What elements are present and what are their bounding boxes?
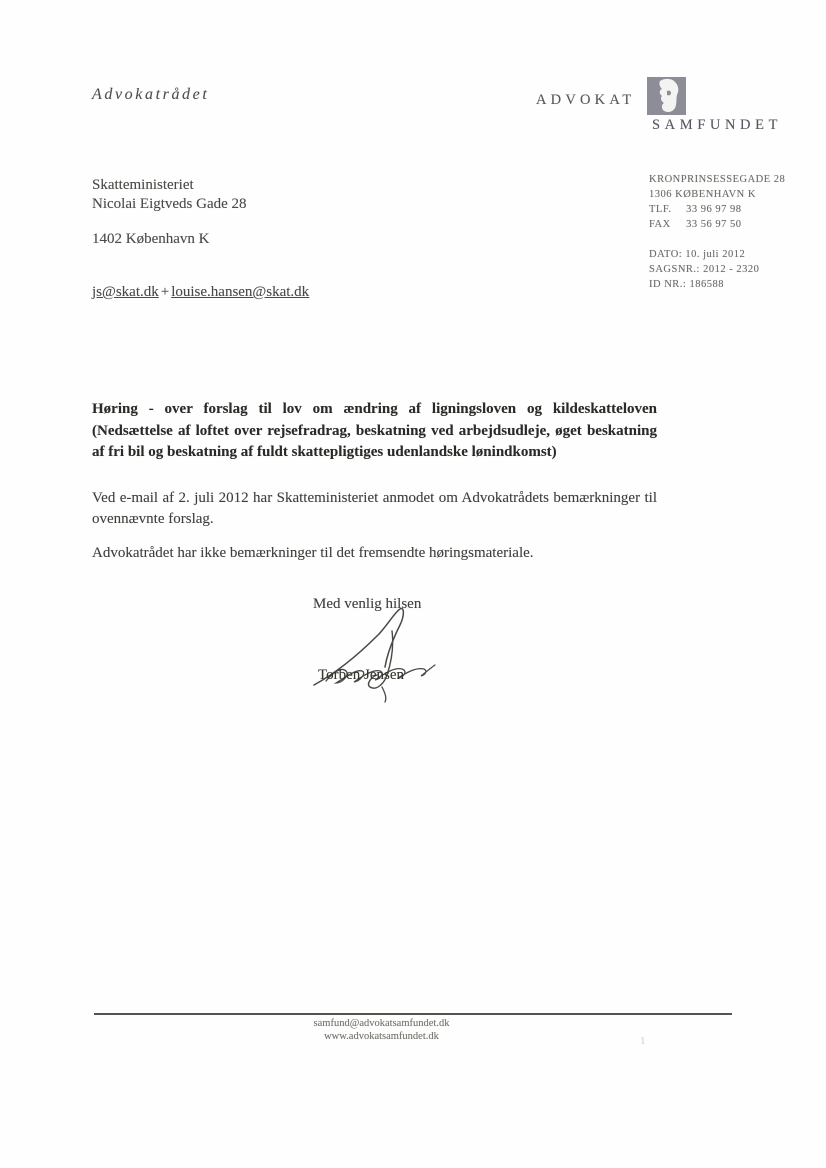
fax-value: 33 56 97 50 — [686, 219, 741, 230]
footer-email-link[interactable]: samfund@advokatsamfundet.dk — [314, 1018, 450, 1029]
email-separator: + — [159, 284, 171, 300]
body-paragraph-1: Ved e-mail af 2. juli 2012 har Skattemin… — [92, 488, 657, 530]
id-number: ID NR.: 186588 — [649, 277, 785, 292]
sender-phone: TLF. 33 96 97 98 — [649, 202, 785, 217]
subject-heading: Høring - over forslag til lov om ændring… — [92, 399, 657, 464]
logo-text-advokat: ADVOKAT — [536, 92, 635, 109]
recipient-name: Skatteministeriet — [92, 176, 247, 195]
letter-date: DATO: 10. juli 2012 — [649, 247, 785, 262]
logo-text-samfundet: SAMFUNDET — [652, 117, 782, 134]
advokatsamfundet-crest-icon — [647, 77, 686, 115]
email-link-js[interactable]: js@skat.dk — [92, 284, 159, 300]
signer-name: Torben Jensen — [318, 667, 404, 684]
sender-info-block: KRONPRINSESSEGADE 28 1306 KØBENHAVN K TL… — [649, 172, 785, 292]
footer-website-link[interactable]: www.advokatsamfundet.dk — [324, 1031, 439, 1042]
footer-contact-block: samfund@advokatsamfundet.dk www.advokats… — [94, 1017, 669, 1043]
sender-city: 1306 KØBENHAVN K — [649, 187, 785, 202]
recipient-address-block: Skatteministeriet Nicolai Eigtveds Gade … — [92, 176, 247, 249]
phone-label: TLF. — [649, 202, 683, 217]
body-paragraph-2: Advokatrådet har ikke bemærkninger til d… — [92, 543, 712, 564]
sender-street: KRONPRINSESSEGADE 28 — [649, 172, 785, 187]
scanned-letter-page: Advokatrådet ADVOKAT SAMFUNDET Skattemin… — [0, 0, 826, 1168]
fax-label: FAX — [649, 217, 683, 232]
case-number: SAGSNR.: 2012 - 2320 — [649, 262, 785, 277]
handwritten-signature — [296, 603, 451, 708]
page-number: 1 — [640, 1035, 646, 1047]
recipient-email-line: js@skat.dk+louise.hansen@skat.dk — [92, 284, 309, 301]
recipient-street: Nicolai Eigtveds Gade 28 — [92, 195, 247, 214]
recipient-city: 1402 København K — [92, 230, 247, 249]
email-link-louise[interactable]: louise.hansen@skat.dk — [171, 284, 309, 300]
sender-fax: FAX 33 56 97 50 — [649, 217, 785, 232]
phone-value: 33 96 97 98 — [686, 204, 741, 215]
advokatraadet-wordmark: Advokatrådet — [92, 86, 209, 104]
footer-divider — [94, 1013, 732, 1015]
